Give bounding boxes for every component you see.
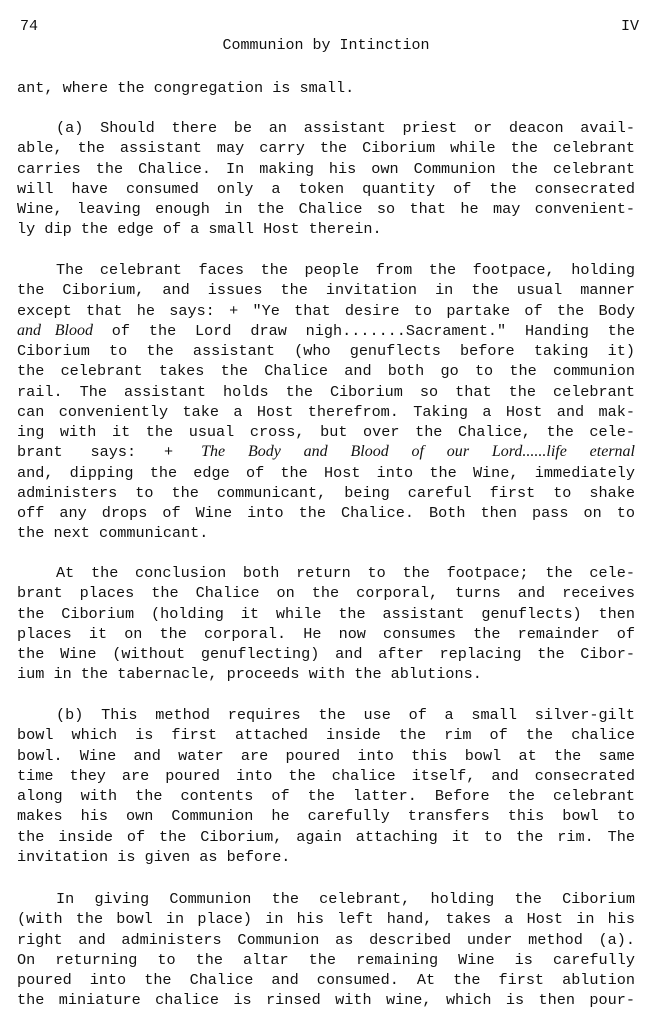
text-line: Ciborium to the assistant (who genuflect… (17, 341, 635, 361)
italic-text: The Body and Blood of our Lord......life… (201, 443, 635, 460)
text-line: along with the contents of the latter. B… (17, 786, 635, 806)
text-line: The celebrant faces the people from the … (56, 260, 635, 280)
text-line: the inside of the Ciborium, again attach… (17, 827, 635, 847)
text-line: ing with it the usual cross, but over th… (17, 422, 635, 442)
text-line: ant, where the congregation is small. (17, 78, 635, 98)
text-line: will have consumed only a token quantity… (17, 179, 635, 199)
text-line: On returning to the altar the remaining … (17, 950, 635, 970)
text-line: off any drops of Wine into the Chalice. … (17, 503, 635, 523)
text-line: brant says: + The Body and Blood of our … (17, 442, 635, 462)
text-line: can conveniently take a Host therefrom. … (17, 402, 635, 422)
text-line: brant places the Chalice on the corporal… (17, 583, 635, 603)
italic-text: and Blood (17, 322, 93, 339)
text-line: (b) This method requires the use of a sm… (56, 705, 635, 725)
text-line: bowl which is first attached inside the … (17, 725, 635, 745)
text-line: ium in the tabernacle, proceeds with the… (17, 664, 635, 684)
text-line: and, dipping the edge of the Host into t… (17, 463, 635, 483)
chapter-number: IV (621, 18, 639, 35)
text-line: poured into the Chalice and consumed. At… (17, 970, 635, 990)
text-line: right and administers Communion as descr… (17, 930, 635, 950)
text-line: the Ciborium (holding it while the assis… (17, 604, 635, 624)
page-title: Communion by Intinction (0, 37, 652, 54)
text-line: (with the bowl in place) in his left han… (17, 909, 635, 929)
text-line: makes his own Communion he carefully tra… (17, 806, 635, 826)
text-line: bowl. Wine and water are poured into thi… (17, 746, 635, 766)
text-line: able, the assistant may carry the Cibori… (17, 138, 635, 158)
text-line: and Blood of the Lord draw nigh.......Sa… (17, 321, 635, 341)
text-line: time they are poured into the chalice it… (17, 766, 635, 786)
text-line: carries the Chalice. In making his own C… (17, 159, 635, 179)
text-line: the celebrant takes the Chalice and both… (17, 361, 635, 381)
text-line: places it on the corporal. He now consum… (17, 624, 635, 644)
text-line: At the conclusion both return to the foo… (56, 563, 635, 583)
text-line: the next communicant. (17, 523, 635, 543)
text-line: (a) Should there be an assistant priest … (56, 118, 635, 138)
text-line: invitation is given as before. (17, 847, 635, 867)
text-line: administers to the communicant, being ca… (17, 483, 635, 503)
text-line: the miniature chalice is rinsed with win… (17, 990, 635, 1010)
text-line: In giving Communion the celebrant, holdi… (56, 889, 635, 909)
text-line: the Wine (without genuflecting) and afte… (17, 644, 635, 664)
text-line: the Ciborium, and issues the invitation … (17, 280, 635, 300)
text-line: Wine, leaving enough in the Chalice so t… (17, 199, 635, 219)
page-number: 74 (20, 18, 38, 35)
text-line: rail. The assistant holds the Ciborium s… (17, 382, 635, 402)
text-line: except that he says: + "Ye that desire t… (17, 301, 635, 321)
text-line: ly dip the edge of a small Host therein. (17, 219, 635, 239)
